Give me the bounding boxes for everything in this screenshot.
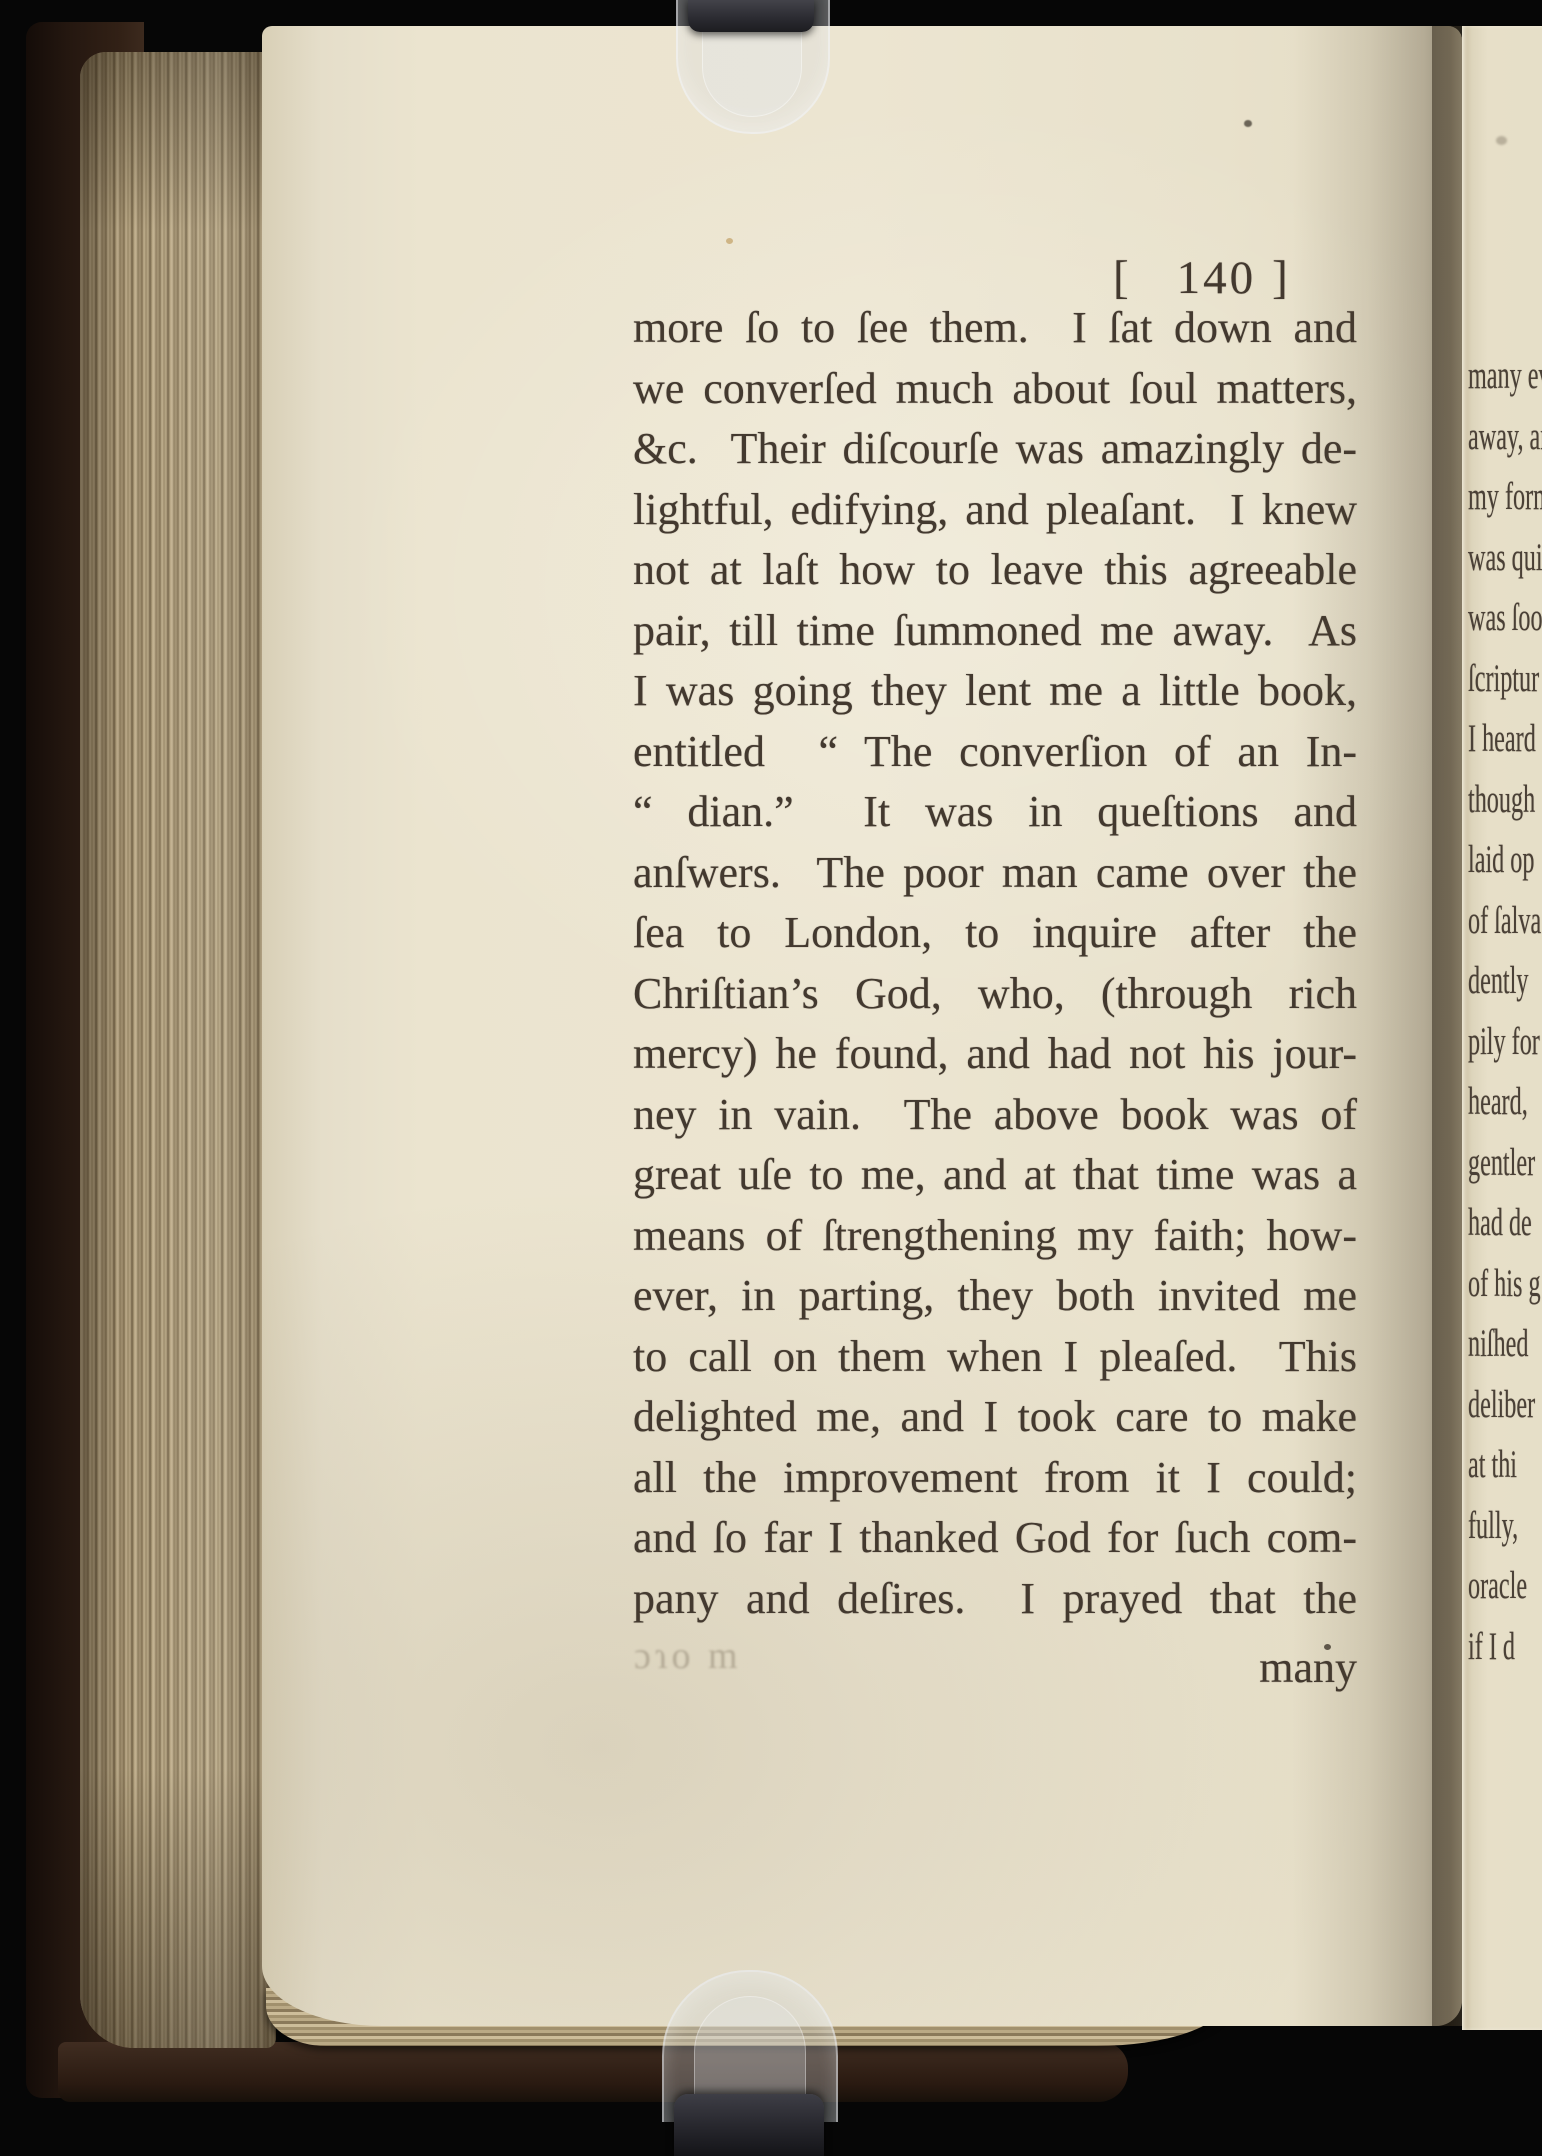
facing-page-fragment: ſcriptur: [1468, 655, 1542, 703]
body-line: more ſo to ſee them. I ſat down and: [633, 299, 1357, 360]
foxing-spot: [1496, 136, 1507, 145]
body-line: and ſo far I thanked God for ſuch com-: [633, 1509, 1357, 1570]
left-page: [ 140 ] more ſo to ſee them. I ſat down …: [262, 26, 1462, 2026]
facing-page-fragment: my form: [1468, 473, 1542, 521]
foxing-spot: [726, 238, 733, 244]
body-line: ney in vain. The above book was of: [633, 1086, 1357, 1147]
body-line: pair, till time ſummoned me away. As: [633, 602, 1357, 663]
facing-page-fragment: niſhed: [1468, 1320, 1542, 1368]
facing-page-fragment: laid op: [1468, 836, 1542, 884]
book-cover-bottom-board: [58, 2042, 1128, 2102]
facing-page-fragment: fully,: [1468, 1502, 1542, 1550]
body-line: pany and deſires. I prayed that the: [633, 1570, 1357, 1631]
body-line: ever, in parting, they both invited me: [633, 1267, 1357, 1328]
page-header: [ 140 ]: [1113, 252, 1288, 304]
facing-page-fragment: of his g: [1468, 1260, 1542, 1308]
facing-page-fragment: had de: [1468, 1199, 1542, 1247]
facing-page-fragment: at thi: [1468, 1441, 1542, 1489]
gutter-crease: [1432, 26, 1466, 2026]
facing-page-fragment: though: [1468, 776, 1542, 824]
body-line: &c. Their diſcourſe was amazingly de-: [633, 420, 1357, 481]
facing-page-fragment: away, ar: [1468, 413, 1542, 461]
body-line: all the improvement from it I could;: [633, 1449, 1357, 1510]
body-line: “ dian.” It was in queſtions and: [633, 783, 1357, 844]
body-line: mercy) he found, and had not his jour-: [633, 1025, 1357, 1086]
facing-page-fragment: I heard: [1468, 715, 1542, 763]
facing-page-fragment: heard,: [1468, 1078, 1542, 1126]
body-line: to call on them when I pleaſed. This: [633, 1328, 1357, 1389]
catchword: many: [633, 1642, 1357, 1693]
ink-speck: [1244, 120, 1252, 127]
body-line: anſwers. The poor man came over the: [633, 844, 1357, 905]
page-number: 140: [1177, 252, 1257, 304]
facing-page-fragment: many ev: [1468, 352, 1542, 400]
page-edges-shading: [80, 52, 276, 2048]
book-photograph: [ 140 ] more ſo to ſee them. I ſat down …: [0, 0, 1542, 2156]
page-edges-left: [80, 52, 276, 2048]
page-holder-clamp-bottom: [674, 2094, 824, 2156]
facing-page-fragment: gentler: [1468, 1139, 1542, 1187]
body-line: we converſed much about ſoul matters,: [633, 360, 1357, 421]
facing-page-sliver: many evaway, army formwas quiwas ſoonſcr…: [1462, 26, 1542, 2030]
facing-page-fragment: was qui: [1468, 534, 1542, 582]
facing-page-fragment: was ſoon: [1468, 594, 1542, 642]
body-line: lightful, edifying, and pleaſant. I knew: [633, 481, 1357, 542]
facing-page-fragment: of ſalva: [1468, 897, 1542, 945]
body-line: I was going they lent me a little book,: [633, 662, 1357, 723]
body-line: not at laſt how to leave this agreeable: [633, 541, 1357, 602]
body-line: great uſe to me, and at that time was a: [633, 1146, 1357, 1207]
body-line: ſea to London, to inquire after the: [633, 904, 1357, 965]
page-holder-clamp-top: [688, 0, 814, 32]
body-line: delighted me, and I took care to make: [633, 1388, 1357, 1449]
facing-page-fragment: pily for: [1468, 1018, 1542, 1066]
facing-page-fragment: dently: [1468, 957, 1542, 1005]
body-line: means of ſtrengthening my faith; how-: [633, 1207, 1357, 1268]
body-line: entitled “ The converſion of an In-: [633, 723, 1357, 784]
facing-page-fragment: oracle: [1468, 1562, 1542, 1610]
facing-page-fragment: deliber: [1468, 1381, 1542, 1429]
facing-page-fragment: if I d: [1468, 1623, 1542, 1671]
header-close-bracket: ]: [1272, 252, 1288, 304]
header-open-bracket: [: [1113, 252, 1129, 304]
body-line: Chriſtian’s God, who, (through rich: [633, 965, 1357, 1026]
